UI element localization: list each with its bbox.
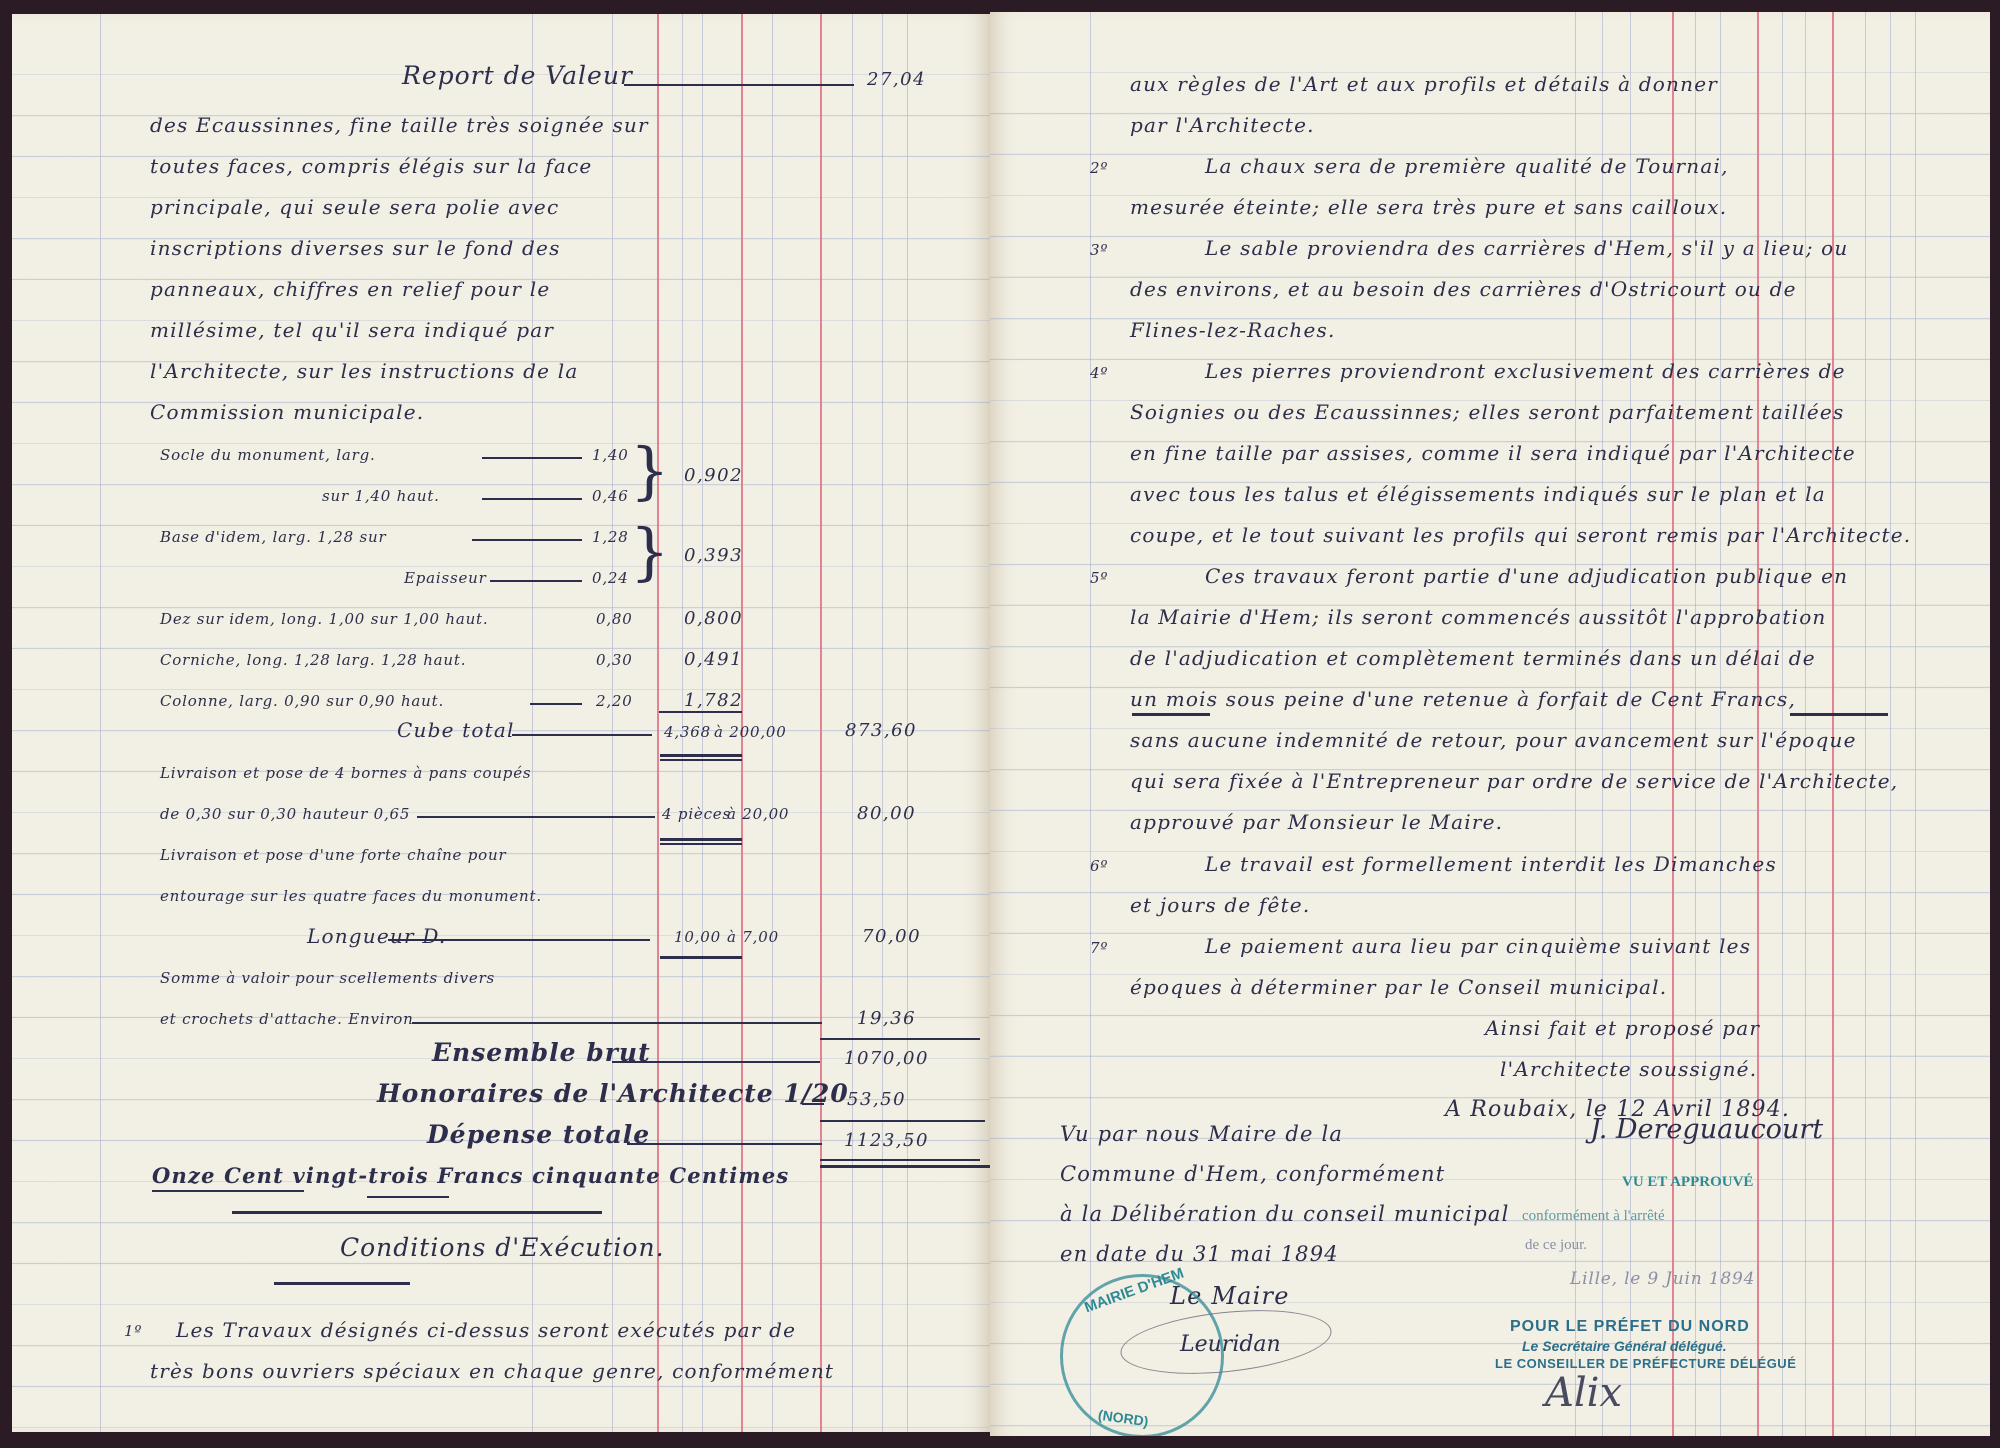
brace: } — [630, 436, 669, 506]
red-column-line — [1832, 12, 1834, 1436]
prefect-stamp-line: POUR LE PRÉFET DU NORD — [1510, 1318, 1750, 1336]
prefect-stamp-line: LE CONSEILLER DE PRÉFECTURE DÉLÉGUÉ — [1495, 1356, 1796, 1371]
emphasis-underline — [1132, 713, 1210, 716]
total-label: Dépense totale — [427, 1123, 650, 1147]
cube-total-quantity: 4,368 — [664, 720, 711, 744]
underline — [367, 1196, 449, 1198]
prefect-signature: Alix — [1545, 1370, 1622, 1416]
amount-in-words: Onze Cent vingt-trois Francs cinquante C… — [152, 1164, 789, 1188]
double-rule — [820, 1159, 980, 1161]
conditions-heading: Conditions d'Exécution. — [340, 1236, 665, 1260]
condition-number: 5º — [1090, 566, 1108, 590]
description-line: Commission municipale. — [150, 400, 424, 424]
description-line: principale, qui seule sera polie avec — [150, 195, 559, 219]
double-rule — [660, 759, 742, 761]
report-heading: Report de Valeur — [402, 64, 633, 88]
measurement-value: 1,28 — [592, 525, 629, 549]
condition-line: par l'Architecte. — [1130, 113, 1315, 137]
double-rule — [660, 754, 742, 757]
column-line — [1695, 12, 1696, 1436]
measurement-result: 0,491 — [684, 648, 743, 672]
condition-line: Les Travaux désignés ci-dessus seront ex… — [176, 1318, 796, 1342]
measurement-label: Epaisseur — [404, 566, 487, 590]
leader-line — [802, 1103, 824, 1105]
measurement-label: Base d'idem, larg. 1,28 sur — [160, 525, 386, 549]
condition-line: Ces travaux feront partie d'une adjudica… — [1205, 564, 1848, 588]
margin-line — [100, 14, 101, 1432]
condition-line: aux règles de l'Art et aux profils et dé… — [1130, 72, 1718, 96]
approval-line: conformément à l'arrêté — [1522, 1208, 1665, 1225]
item-quantity: 4 pièces — [662, 802, 731, 826]
description-line: inscriptions diverses sur le fond des — [150, 236, 561, 260]
condition-line: en fine taille par assises, comme il ser… — [1130, 441, 1856, 465]
column-line — [1782, 12, 1783, 1436]
leader-line — [490, 580, 582, 582]
measurement-value: 0,24 — [592, 566, 629, 590]
column-line — [1865, 12, 1866, 1436]
cube-total-amount: 873,60 — [845, 719, 917, 743]
leader-line — [627, 1143, 822, 1145]
condition-line: Le paiement aura lieu par cinquième suiv… — [1205, 934, 1751, 958]
measurement-value: 0,80 — [596, 607, 633, 631]
approval-stamp-heading: VU ET APPROUVÉ — [1622, 1174, 1753, 1191]
condition-line: avec tous les talus et élégissements ind… — [1130, 482, 1826, 506]
mayor-note-line: Commune d'Hem, conformément — [1060, 1162, 1445, 1186]
item-line: Livraison et pose de 4 bornes à pans cou… — [160, 761, 531, 785]
measurement-label: Corniche, long. 1,28 larg. 1,28 haut. — [160, 648, 466, 672]
condition-line: Soignies ou des Ecaussinnes; elles seron… — [1130, 400, 1844, 424]
report-amount: 27,04 — [867, 68, 926, 92]
item-rate: à 7,00 — [727, 925, 779, 949]
column-line — [532, 14, 533, 1432]
underline — [152, 1190, 304, 1192]
leader-line — [612, 1061, 820, 1063]
red-column-line — [1757, 12, 1759, 1436]
leader-line — [624, 84, 854, 86]
section-divider — [232, 1211, 602, 1214]
column-line — [1890, 12, 1891, 1436]
condition-number: 2º — [1090, 156, 1108, 180]
mayor-note-line: en date du 31 mai 1894 — [1060, 1242, 1339, 1266]
condition-line: très bons ouvriers spéciaux en chaque ge… — [150, 1359, 834, 1383]
double-rule — [660, 838, 742, 841]
condition-number: 6º — [1090, 854, 1108, 878]
emphasis-underline — [1790, 713, 1888, 716]
total-amount: 1070,00 — [844, 1047, 929, 1071]
closing-line: l'Architecte soussigné. — [1500, 1057, 1757, 1081]
item-sub-label: Longueur D. — [307, 924, 446, 948]
measurement-result: 0,800 — [684, 607, 743, 631]
item-quantity: 10,00 — [674, 925, 721, 949]
condition-line: sans aucune indemnité de retour, pour av… — [1130, 728, 1857, 752]
item-amount: 70,00 — [862, 925, 921, 949]
measurement-label: sur 1,40 haut. — [322, 484, 440, 508]
leader-line — [530, 703, 582, 705]
item-line: et crochets d'attache. Environ — [160, 1007, 414, 1031]
measurement-value: 2,20 — [596, 689, 633, 713]
description-line: des Ecaussinnes, fine taille très soigné… — [150, 113, 649, 137]
leader-line — [482, 457, 582, 459]
condition-number: 7º — [1090, 936, 1108, 960]
architect-signature: J. Dereguaucourt — [1590, 1114, 1823, 1145]
approval-place-date: Lille, le 9 Juin 1894 — [1570, 1267, 1755, 1291]
measurement-label: Colonne, larg. 0,90 sur 0,90 haut. — [160, 689, 444, 713]
condition-line: la Mairie d'Hem; ils seront commencés au… — [1130, 605, 1827, 629]
condition-line: Les pierres proviendront exclusivement d… — [1205, 359, 1846, 383]
item-amount: 19,36 — [857, 1007, 916, 1031]
left-page: Report de Valeur 27,04 des Ecaussinnes, … — [12, 14, 990, 1432]
item-amount: 80,00 — [857, 802, 916, 826]
condition-line: Le travail est formellement interdit les… — [1205, 852, 1777, 876]
column-line — [1915, 12, 1916, 1436]
mayor-note-line: à la Délibération du conseil municipal — [1060, 1202, 1510, 1226]
red-column-line — [657, 14, 659, 1432]
cube-total-label: Cube total — [397, 718, 515, 742]
condition-line: époques à déterminer par le Conseil muni… — [1130, 975, 1667, 999]
condition-line: La chaux sera de première qualité de Tou… — [1205, 154, 1729, 178]
condition-number: 4º — [1090, 361, 1108, 385]
sum-line — [820, 1120, 985, 1122]
measurement-label: Socle du monument, larg. — [160, 443, 376, 467]
group-result: 0,902 — [684, 464, 743, 488]
total-amount: 53,50 — [847, 1088, 906, 1112]
condition-line: Flines-lez-Raches. — [1130, 318, 1336, 342]
red-column-line — [1672, 12, 1674, 1436]
item-rate: à 20,00 — [727, 802, 789, 826]
double-rule — [660, 843, 742, 845]
item-line: entourage sur les quatre faces du monume… — [160, 884, 542, 908]
closing-line: Ainsi fait et proposé par — [1485, 1016, 1760, 1040]
right-page: aux règles de l'Art et aux profils et dé… — [990, 12, 1990, 1436]
description-line: panneaux, chiffres en relief pour le — [150, 277, 550, 301]
total-label: Honoraires de l'Architecte 1/20 — [377, 1082, 849, 1106]
leader-line — [417, 816, 655, 818]
condition-line: et jours de fête. — [1130, 893, 1310, 917]
condition-line: de l'adjudication et complètement termin… — [1130, 646, 1816, 670]
item-line: Livraison et pose d'une forte chaîne pou… — [160, 843, 506, 867]
measurement-label: Dez sur idem, long. 1,00 sur 1,00 haut. — [160, 607, 488, 631]
description-line: millésime, tel qu'il sera indiqué par — [150, 318, 554, 342]
condition-line: Le sable proviendra des carrières d'Hem,… — [1205, 236, 1849, 260]
brace: } — [630, 517, 669, 587]
measurement-result: 1,782 — [684, 689, 743, 713]
mayor-note-line: Vu par nous Maire de la — [1060, 1122, 1343, 1146]
measurement-value: 1,40 — [592, 443, 629, 467]
total-amount: 1123,50 — [844, 1129, 929, 1153]
double-rule — [660, 956, 742, 959]
column-line — [1805, 12, 1806, 1436]
description-line: l'Architecte, sur les instructions de la — [150, 359, 578, 383]
condition-line: qui sera fixée à l'Entrepreneur par ordr… — [1130, 769, 1898, 793]
leader-line — [512, 734, 652, 736]
condition-number: 3º — [1090, 238, 1108, 262]
condition-line: des environs, et au besoin des carrières… — [1130, 277, 1797, 301]
column-line — [1720, 12, 1721, 1436]
section-divider — [274, 1282, 410, 1285]
measurement-value: 0,30 — [596, 648, 633, 672]
approval-line: de ce jour. — [1525, 1237, 1587, 1254]
condition-line: mesurée éteinte; elle sera très pure et … — [1130, 195, 1727, 219]
sum-line — [820, 1038, 980, 1040]
measurement-value: 0,46 — [592, 484, 629, 508]
column-line — [612, 14, 613, 1432]
description-line: toutes faces, compris élégis sur la face — [150, 154, 592, 178]
condition-line: coupe, et le tout suivant les profils qu… — [1130, 523, 1911, 547]
leader-line — [472, 539, 582, 541]
item-line: Somme à valoir pour scellements divers — [160, 966, 495, 990]
leader-line — [482, 498, 582, 500]
red-column-line — [820, 14, 822, 1432]
condition-line: un mois sous peine d'une retenue à forfa… — [1130, 687, 1796, 711]
item-line: de 0,30 sur 0,30 hauteur 0,65 — [160, 802, 410, 826]
prefect-stamp-line: Le Secrétaire Général délégué. — [1522, 1338, 1727, 1354]
condition-number: 1º — [124, 1319, 142, 1343]
cube-total-rate: à 200,00 — [714, 720, 787, 744]
group-result: 0,393 — [684, 544, 743, 568]
double-rule — [820, 1165, 990, 1168]
leader-line — [388, 939, 650, 941]
leader-line — [412, 1022, 822, 1024]
condition-line: approuvé par Monsieur le Maire. — [1130, 810, 1503, 834]
sum-line — [659, 711, 742, 713]
